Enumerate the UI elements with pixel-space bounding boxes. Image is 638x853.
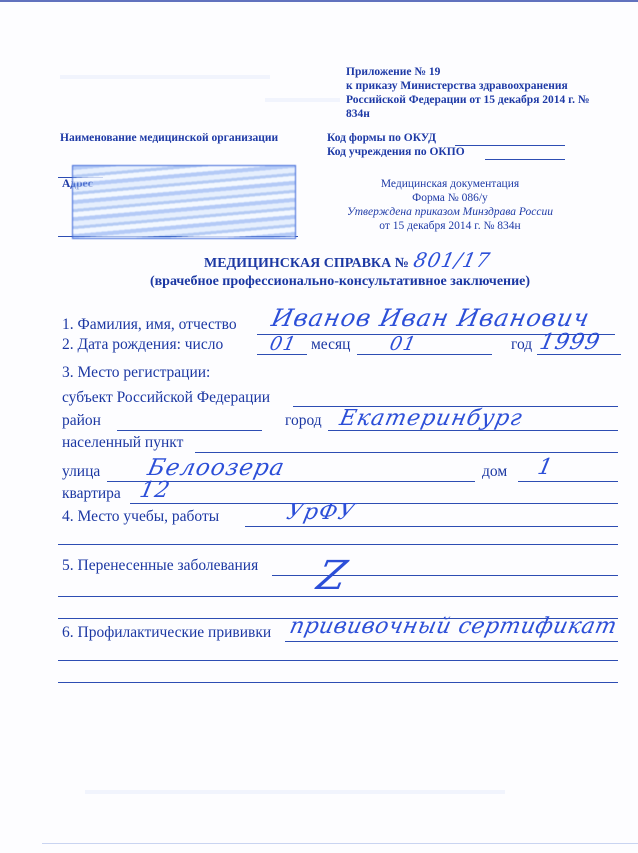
work-field-continued[interactable]: [58, 544, 618, 545]
diseases-value: Z: [313, 553, 352, 599]
form-info-line-1: Медицинская документация: [320, 177, 580, 191]
district-field[interactable]: [117, 430, 262, 431]
work-field[interactable]: [245, 526, 618, 527]
vaccinations-field[interactable]: [285, 641, 618, 642]
apartment-value: 12: [137, 478, 172, 503]
bleed-through: [60, 75, 270, 79]
vaccinations-field-continued-2[interactable]: [58, 682, 618, 683]
city-value: Екатеринбург: [337, 406, 525, 431]
okpo-field[interactable]: [485, 159, 565, 160]
bleed-through: [265, 98, 340, 102]
certificate-title: МЕДИЦИНСКАЯ СПРАВКА №: [204, 256, 409, 272]
apartment-label: квартира: [62, 485, 121, 503]
bleed-through: [85, 790, 505, 794]
subject-label: субъект Российской Федерации: [62, 389, 270, 407]
street-label: улица: [62, 463, 100, 481]
dob-month-value: 01: [388, 333, 419, 355]
diseases-field-continued[interactable]: [58, 596, 618, 597]
dob-day-value: 01: [268, 333, 299, 355]
work-value: УрФУ: [284, 500, 357, 525]
dob-month-label: месяц: [311, 336, 350, 354]
house-label: дом: [482, 463, 507, 481]
org-name-label: Наименование медицинской организации: [60, 131, 278, 145]
dob-label: 2. Дата рождения: число: [62, 336, 223, 354]
district-label: район: [62, 412, 101, 430]
diseases-label: 5. Перенесенные заболевания: [62, 557, 258, 575]
house-value: 1: [535, 455, 555, 480]
vaccinations-field-continued[interactable]: [58, 660, 618, 661]
city-label: город: [285, 412, 322, 430]
appendix-line-2: к приказу Министерства здравоохранения: [346, 79, 568, 93]
dob-month-field[interactable]: [357, 354, 492, 355]
vaccinations-label: 6. Профилактические прививки: [62, 624, 271, 642]
work-label: 4. Место учебы, работы: [62, 508, 219, 526]
okud-label: Код формы по ОКУД: [327, 131, 436, 145]
form-info-line-2: Форма № 086/у: [320, 191, 580, 205]
certificate-subtitle: (врачебное профессионально-консультативн…: [120, 274, 560, 290]
locality-label: населенный пункт: [62, 434, 183, 452]
scan-edge: [0, 0, 638, 2]
appendix-line-3: Российской Федерации от 15 декабря 2014 …: [346, 93, 589, 107]
dob-year-value: 1999: [537, 330, 602, 355]
redaction-scribble: [72, 165, 296, 239]
locality-field[interactable]: [195, 452, 618, 453]
form-info-line-3: Утверждена приказом Минздрава России: [320, 205, 580, 219]
vaccinations-value: прививочный сертификат: [287, 614, 619, 639]
house-field[interactable]: [518, 481, 618, 482]
certificate-number: 801/17: [411, 248, 492, 272]
dob-year-label: год: [511, 336, 532, 354]
appendix-line-1: Приложение № 19: [346, 65, 440, 79]
apartment-field[interactable]: [130, 503, 618, 504]
bottom-rule: [42, 843, 638, 844]
okud-field[interactable]: [455, 145, 565, 146]
form-info-line-4: от 15 декабря 2014 г. № 834н: [320, 219, 580, 233]
fio-value: Иванов Иван Иванович: [269, 304, 592, 332]
okpo-label: Код учреждения по ОКПО: [327, 145, 465, 159]
appendix-line-4: 834н: [346, 107, 370, 121]
registration-label: 3. Место регистрации:: [62, 364, 210, 382]
fio-label: 1. Фамилия, имя, отчество: [62, 316, 237, 334]
